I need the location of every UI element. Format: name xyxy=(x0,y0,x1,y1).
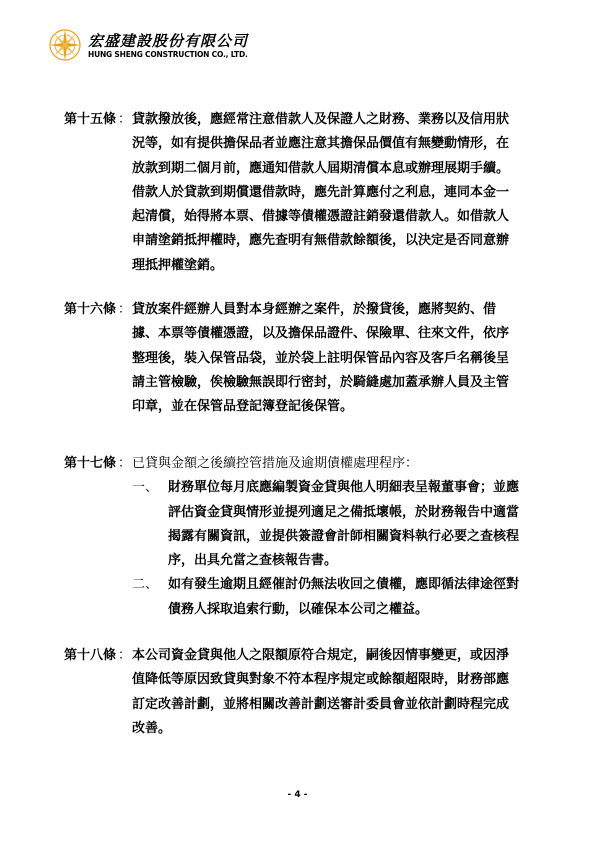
article-line: 借款人於貸款到期償還借款時，應先計算應付之利息，連同本金一 xyxy=(64,181,534,205)
sub-item-1: 一、 財務單位每月底應編製資金貸與他人明細表呈報董事會；並應 評估資金貸與情形並… xyxy=(64,476,534,573)
article-18: 第十八條 ： 本公司資金貸與他人之限額原符合規定，嗣後因情事變更，或因淨 值降低… xyxy=(64,644,534,741)
article-17: 第十七條 ： 已貸與金額之後續控管措施及逾期債權處理程序： 一、 財務單位每月底… xyxy=(64,452,534,622)
item-marker: 一、 xyxy=(132,476,168,500)
article-line: 印章，並在保管品登記簿登記後保管。 xyxy=(64,395,534,419)
article-number: 第十六條 xyxy=(64,298,118,322)
page-number: - 4 - xyxy=(0,790,595,800)
article-16: 第十六條 ： 貸放案件經辦人員對本身經辦之案件，於撥貸後，應將契約、借 據、本票… xyxy=(64,298,534,419)
article-line: 況等，如有提供擔保品者並應注意其擔保品價值有無變動情形，在 xyxy=(64,132,534,156)
article-line: 改善。 xyxy=(64,717,534,741)
article-line: 據、本票等債權憑證，以及擔保品證件、保險單、往來文件，依序 xyxy=(64,322,534,346)
company-name-en: HUNG SHENG CONSTRUCTION CO., LTD. xyxy=(88,50,248,59)
article-title: 已貸與金額之後續控管措施及逾期債權處理程序： xyxy=(132,452,534,476)
article-line: 本公司資金貸與他人之限額原符合規定，嗣後因情事變更，或因淨 xyxy=(132,644,534,668)
company-name-zh: 宏盛建設股份有限公司 xyxy=(88,30,248,51)
item-marker: 二、 xyxy=(132,573,168,597)
article-15: 第十五條 ： 貸款撥放後，應經常注意借款人及保證人之財務、業務以及信用狀 況等，… xyxy=(64,108,534,278)
article-line: 貸放案件經辦人員對本身經辦之案件，於撥貸後，應將契約、借 xyxy=(132,298,534,322)
article-line: 整理後，裝入保管品袋，並於袋上註明保管品內容及客戶名稱後呈 xyxy=(64,347,534,371)
article-line: 申請塗銷抵押權時，應先查明有無借款餘額後，以決定是否同意辦 xyxy=(64,229,534,253)
article-number: 第十八條 xyxy=(64,644,118,668)
article-line: 起清償，始得將本票、借據等債權憑證註銷發還借款人。如借款人 xyxy=(64,205,534,229)
article-line: 訂定改善計劃，並將相關改善計劃送審計委員會並依計劃時程完成 xyxy=(64,693,534,717)
article-line: 值降低等原因致貸與對象不符本程序規定或餘額超限時，財務部應 xyxy=(64,668,534,692)
article-line: 理抵押權塗銷。 xyxy=(64,254,534,278)
article-number: 第十五條 xyxy=(64,108,118,132)
article-line: 放款到期二個月前，應通知借款人屆期清償本息或辦理展期手續。 xyxy=(64,157,534,181)
article-line: 請主管檢驗，俟檢驗無誤即行密封，於騎縫處加蓋承辦人員及主管 xyxy=(64,371,534,395)
article-line: 貸款撥放後，應經常注意借款人及保證人之財務、業務以及信用狀 xyxy=(132,108,534,132)
sub-item-2: 二、 如有發生逾期且經催討仍無法收回之債權，應即循法律途徑對 債務人採取追索行動… xyxy=(64,573,534,622)
article-number: 第十七條 xyxy=(64,452,118,476)
compass-rose-logo-icon xyxy=(48,28,82,62)
